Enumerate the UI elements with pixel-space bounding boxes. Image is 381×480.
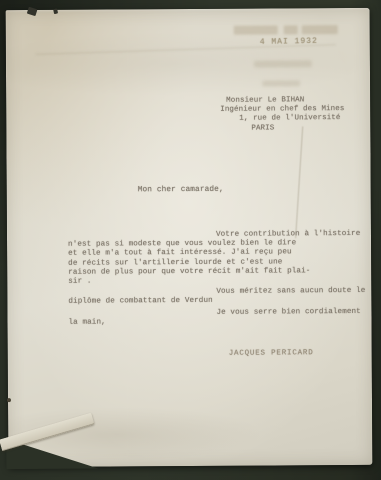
paper-spot: [7, 398, 11, 402]
paper-tear-mark: [27, 7, 38, 16]
stamp-block: [234, 25, 278, 34]
date-stamp: 4 MAI 1932: [260, 37, 318, 47]
letter-body: Votre contribution à l'histoire n'est pa…: [68, 230, 325, 330]
stamp-block: [302, 25, 338, 34]
stamp-block: [284, 25, 298, 34]
paragraph-line: et elle m'a tout à fait intéressé. J'ai …: [68, 249, 324, 260]
paragraph: Vous méritez sans aucun doute le diplôme…: [68, 287, 324, 307]
paragraph-line: diplôme de combattant de Verdun: [68, 297, 324, 308]
signature: JACQUES PERICARD: [229, 349, 314, 358]
ink-smudge: [262, 80, 300, 86]
paragraph: Je vous serre bien cordialement la main,: [68, 308, 324, 328]
letter-page: 4 MAI 1932 Monsieur Le BIHAN Ingénieur e…: [6, 8, 373, 467]
paragraph: Votre contribution à l'histoire n'est pa…: [68, 230, 324, 287]
faded-letterhead-stamp: [234, 25, 338, 37]
paper-tear-mark: [53, 8, 58, 14]
paragraph-line: sir .: [68, 276, 324, 287]
paragraph-line: raison de plus pour que votre récit m'ai…: [68, 267, 324, 278]
salutation: Mon cher camarade,: [138, 186, 224, 195]
ink-smudge: [254, 60, 312, 67]
paragraph-line: la main,: [68, 317, 324, 328]
recipient-city: PARIS: [220, 124, 344, 134]
paper-crease: [295, 126, 303, 238]
scanned-letter: 4 MAI 1932 Monsieur Le BIHAN Ingénieur e…: [0, 0, 381, 480]
recipient-address: Monsieur Le BIHAN Ingénieur en chef des …: [220, 96, 344, 134]
recipient-street: 1, rue de l'Université: [220, 114, 344, 124]
